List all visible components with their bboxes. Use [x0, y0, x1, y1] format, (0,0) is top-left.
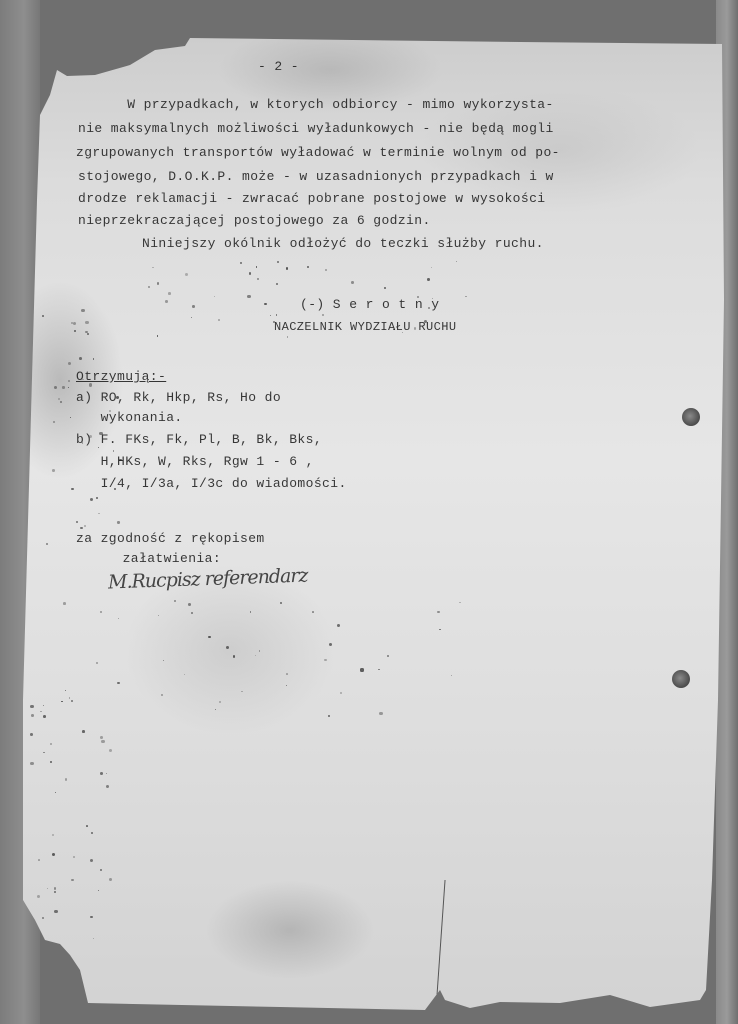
- certification-line: za zgodność z rękopisem: [76, 530, 265, 548]
- paragraph-1-line: nieprzekraczającej postojowego za 6 godz…: [78, 212, 431, 230]
- punch-hole-bottom: [672, 670, 690, 688]
- paragraph-1-line: stojowego, D.O.K.P. może - w uzasadniony…: [78, 168, 554, 186]
- certification-line: załatwienia:: [98, 550, 221, 568]
- recipients-b-line: H,HKs, W, Rks, Rgw 1 - 6 ,: [76, 453, 314, 471]
- handwritten-signature: M.Rucpisz referendarz: [108, 565, 308, 594]
- recipients-a-line: wykonania.: [76, 409, 183, 427]
- recipients-b-line: b) F. FKs, Fk, Pl, B, Bk, Bks,: [76, 431, 322, 449]
- paragraph-2: Niniejszy okólnik odłożyć do teczki służ…: [142, 235, 544, 253]
- paragraph-1-line: zgrupowanych transportów wyładować w ter…: [76, 144, 560, 162]
- document-page: - 2 - W przypadkach, w ktorych odbiorcy …: [0, 0, 738, 1024]
- punch-hole-top: [682, 408, 700, 426]
- paragraph-1-line: drodze reklamacji - zwracać pobrane post…: [78, 190, 545, 208]
- recipients-a-line: a) RO, Rk, Hkp, Rs, Ho do: [76, 389, 281, 407]
- signature-name: (-) S e r o t n y: [300, 296, 439, 314]
- paper-tear: [435, 880, 453, 1010]
- recipients-b-line: I/4, I/3a, I/3c do wiadomości.: [76, 475, 347, 493]
- paragraph-1-line: nie maksymalnych możliwości wyładunkowyc…: [78, 120, 554, 138]
- recipients-heading: Otrzymują:-: [76, 368, 166, 386]
- signature-title: NACZELNIK WYDZIAŁU RUCHU: [274, 318, 456, 336]
- page-number: - 2 -: [258, 58, 299, 76]
- paragraph-1-line: W przypadkach, w ktorych odbiorcy - mimo…: [78, 96, 554, 114]
